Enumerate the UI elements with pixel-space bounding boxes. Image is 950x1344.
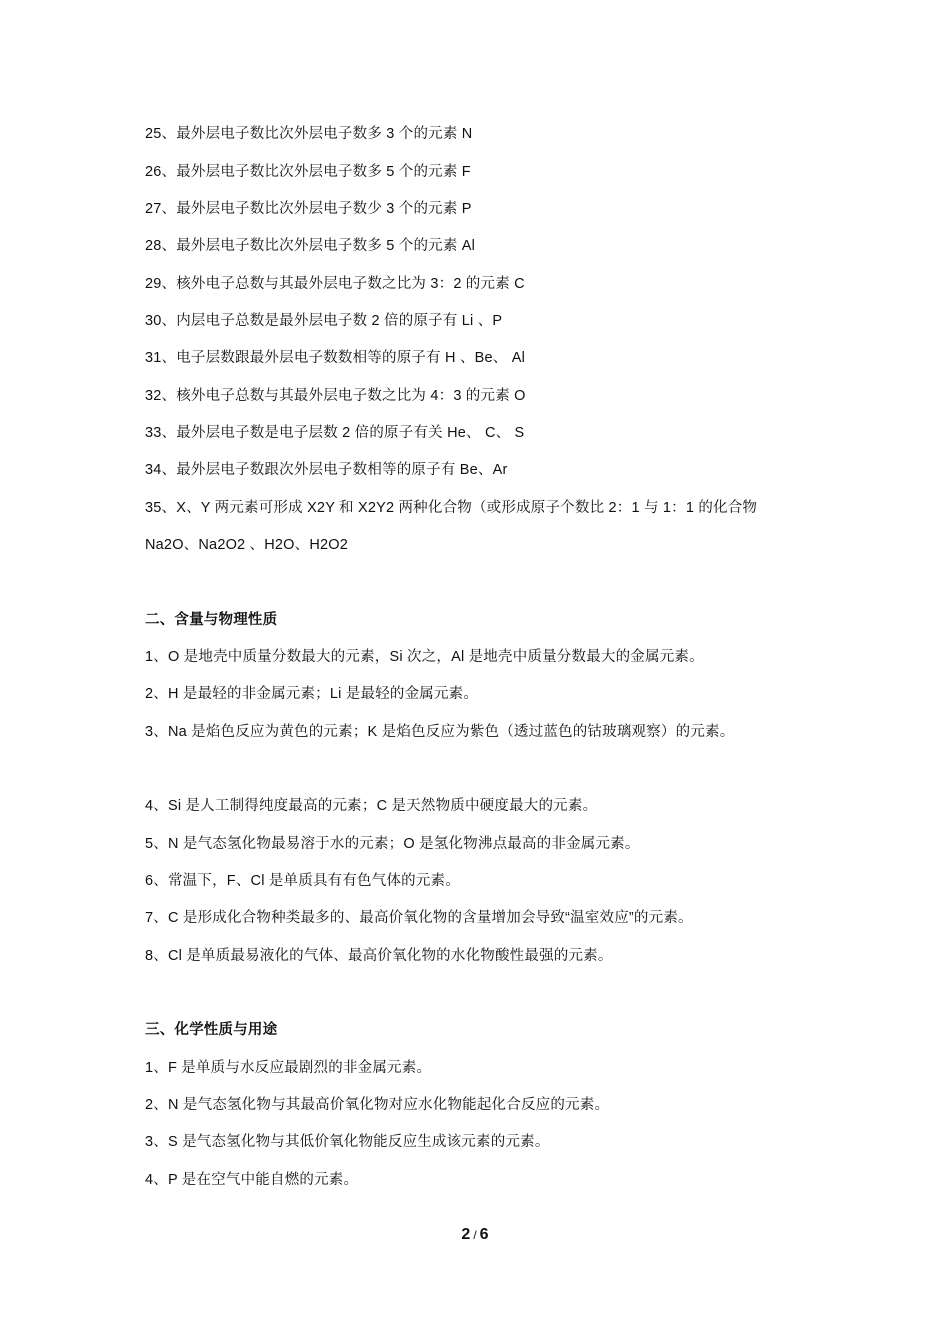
list-item: 28、最外层电子数比次外层电子数多 5 个的元素 Al: [145, 236, 475, 256]
list-item: 26、最外层电子数比次外层电子数多 5 个的元素 F: [145, 162, 471, 182]
list-item: 4、P 是在空气中能自燃的元素。: [145, 1170, 358, 1190]
section-heading: 二、含量与物理性质: [145, 610, 277, 630]
list-item: 35、X、Y 两元素可形成 X2Y 和 X2Y2 两种化合物（或形成原子个数比 …: [145, 498, 757, 518]
list-item: 1、O 是地壳中质量分数最大的元素，Si 次之，Al 是地壳中质量分数最大的金属…: [145, 647, 704, 667]
list-item: 31、电子层数跟最外层电子数数相等的原子有 H 、Be、 Al: [145, 348, 525, 368]
list-item: 2、N 是气态氢化物与其最高价氧化物对应水化物能起化合反应的元素。: [145, 1095, 609, 1115]
list-item-continuation: Na2O、Na2O2 、H2O、H2O2: [145, 535, 348, 555]
list-item: 2、H 是最轻的非金属元素；Li 是最轻的金属元素。: [145, 684, 478, 704]
list-item: 30、内层电子总数是最外层电子数 2 倍的原子有 Li 、P: [145, 311, 502, 331]
list-item: 8、Cl 是单质最易液化的气体、最高价氧化物的水化物酸性最强的元素。: [145, 946, 613, 966]
list-item: 7、C 是形成化合物种类最多的、最高价氧化物的含量增加会导致“温室效应”的元素。: [145, 908, 693, 928]
section-heading: 三、化学性质与用途: [145, 1020, 277, 1040]
list-item: 34、最外层电子数跟次外层电子数相等的原子有 Be、Ar: [145, 460, 508, 480]
list-item: 29、核外电子总数与其最外层电子数之比为 3：2 的元素 C: [145, 274, 525, 294]
list-item: 32、核外电子总数与其最外层电子数之比为 4：3 的元素 O: [145, 386, 526, 406]
list-item: 6、常温下，F、Cl 是单质具有有色气体的元素。: [145, 871, 460, 891]
list-item: 4、Si 是人工制得纯度最高的元素；C 是天然物质中硬度最大的元素。: [145, 796, 597, 816]
list-item: 25、最外层电子数比次外层电子数多 3 个的元素 N: [145, 124, 472, 144]
list-item: 1、F 是单质与水反应最剧烈的非金属元素。: [145, 1058, 431, 1078]
list-item: 3、S 是气态氢化物与其低价氧化物能反应生成该元素的元素。: [145, 1132, 550, 1152]
list-item: 33、最外层电子数是电子层数 2 倍的原子有关 He、 C、 S: [145, 423, 524, 443]
page-separator: /: [473, 1228, 476, 1242]
list-item: 5、N 是气态氢化物最易溶于水的元素；O 是氢化物沸点最高的非金属元素。: [145, 834, 640, 854]
document-page: 25、最外层电子数比次外层电子数多 3 个的元素 N 26、最外层电子数比次外层…: [0, 0, 950, 1344]
page-number: 2/6: [0, 1226, 950, 1244]
list-item: 27、最外层电子数比次外层电子数少 3 个的元素 P: [145, 199, 472, 219]
total-pages: 6: [480, 1226, 489, 1243]
current-page: 2: [461, 1226, 470, 1243]
list-item: 3、Na 是焰色反应为黄色的元素；K 是焰色反应为紫色（透过蓝色的钴玻璃观察）的…: [145, 722, 734, 742]
